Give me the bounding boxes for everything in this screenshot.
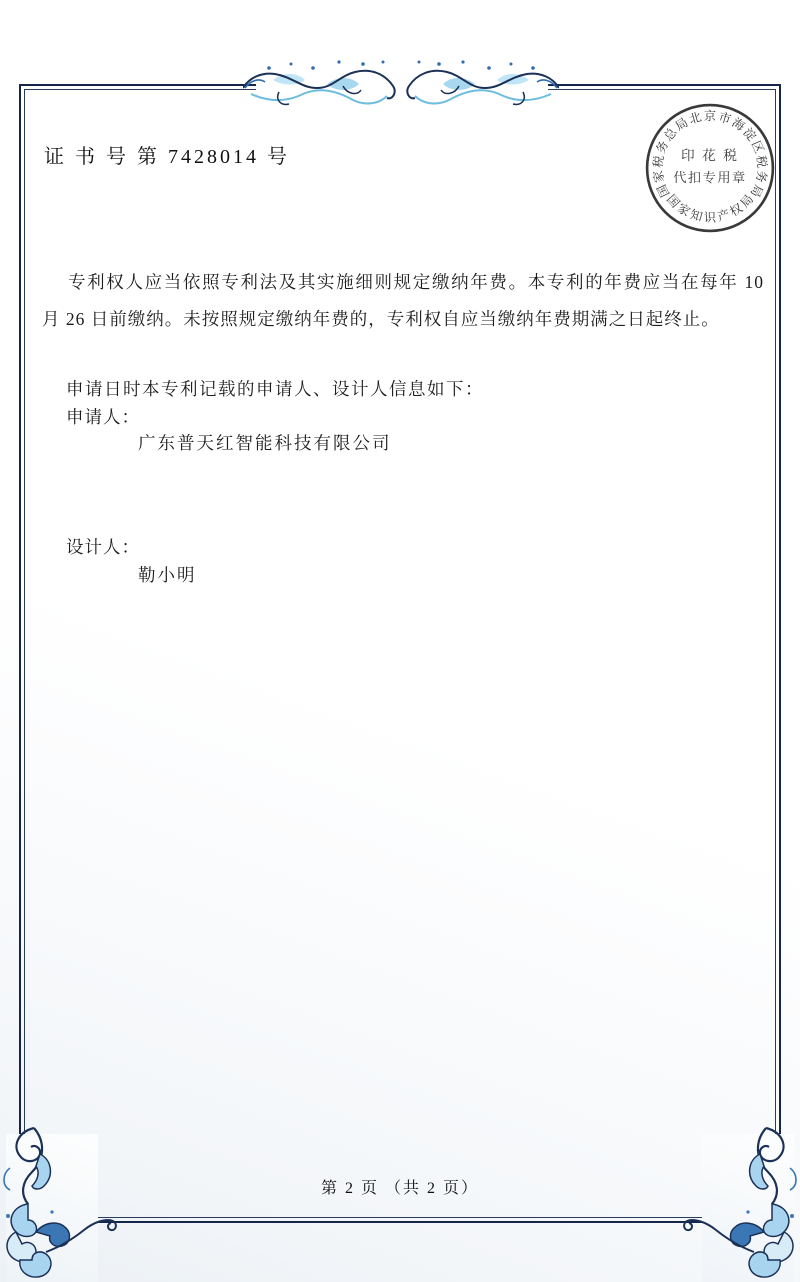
seal-arc-char: 京 (704, 108, 716, 123)
top-flourish-left-icon (243, 42, 401, 114)
seal-arc-char: 家 (650, 169, 667, 183)
certificate-number: 证 书 号 第 7428014 号 (44, 140, 290, 169)
seal-arc-char: 区 (749, 139, 767, 156)
border-frame-inner (24, 89, 776, 1218)
seal-arc-char: 北 (687, 110, 703, 127)
seal-center-line1: 印 花 税 (681, 147, 739, 163)
corner-ornament-bottom-left-icon (0, 1124, 132, 1282)
corner-ornament-bottom-right-icon (668, 1124, 800, 1282)
top-flourish-right-icon (401, 42, 559, 114)
border-frame-outer (19, 84, 781, 1223)
seal-arc-char: 识 (704, 211, 717, 225)
seal-center-line2: 代扣专用章 (673, 169, 747, 185)
seal-arc-char: 税 (754, 155, 769, 169)
applicant-label: 申请人： (66, 404, 140, 429)
page-indicator: 第 2 页 （共 2 页） (0, 1175, 800, 1198)
seal-svg: 印 花 税 代扣专用章 国家税务总局北京市海淀区税务局国家知识产权局 (641, 99, 779, 237)
seal-arc-char: 务 (753, 169, 769, 183)
certificate-page: 证 书 号 第 7428014 号 印 花 税 代扣专用章 国家税务总局北京市海… (0, 0, 800, 1282)
designer-name: 勒小明 (138, 562, 197, 587)
seal-arc-char: 税 (651, 155, 666, 169)
designer-label: 设计人： (66, 534, 140, 559)
applicant-name: 广东普天红智能科技有限公司 (138, 430, 392, 455)
annuity-paragraph: 专利权人应当依照专利法及其实施细则规定缴纳年费。本专利的年费应当在每年 10 月… (42, 264, 764, 338)
applicant-info-intro: 申请日时本专利记载的申请人、设计人信息如下： (66, 376, 484, 401)
seal-arc-char: 知 (689, 207, 705, 224)
